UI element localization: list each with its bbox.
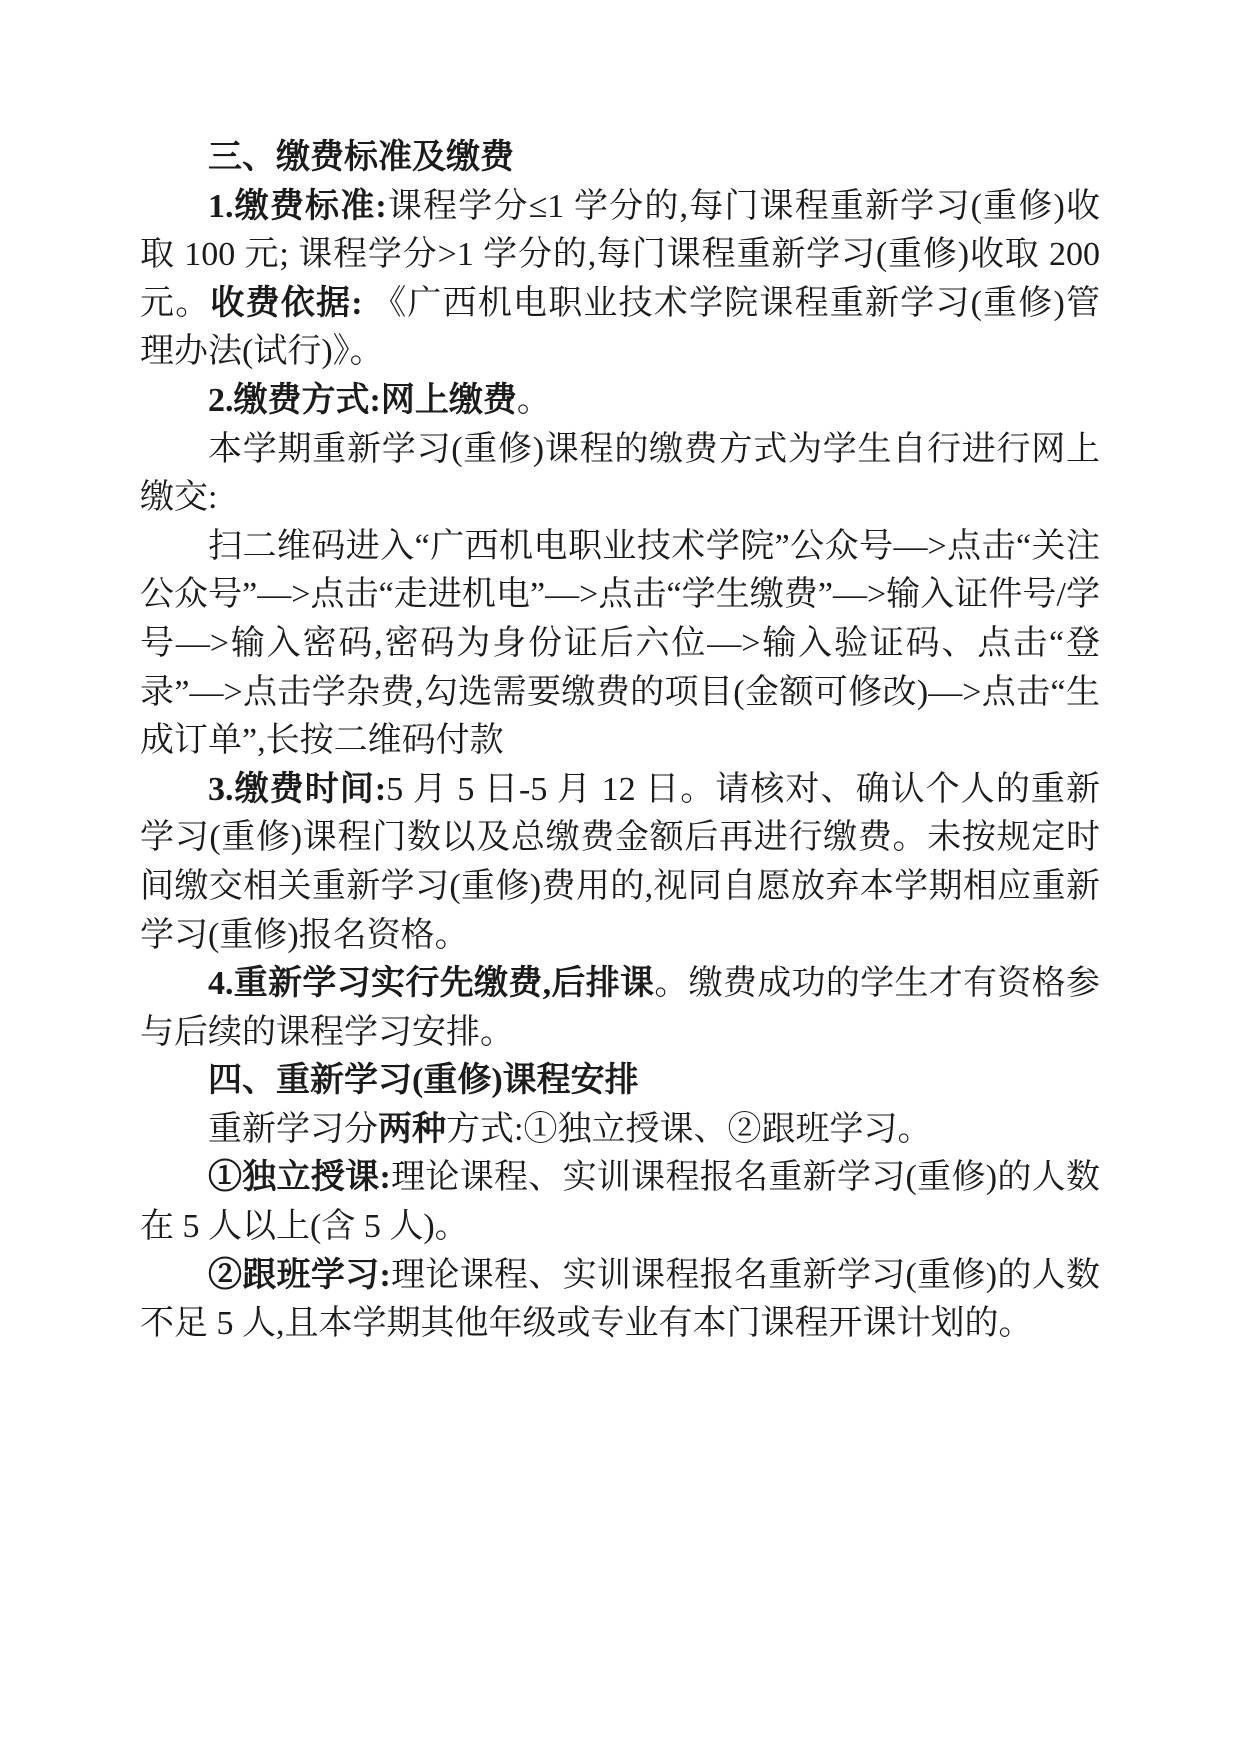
- text-run: 。: [517, 382, 551, 419]
- text-run: 方式:①独立授课、②跟班学习。: [446, 1111, 931, 1148]
- text-run: 3.缴费时间:: [208, 771, 386, 808]
- text-run: 重新学习分: [208, 1111, 378, 1148]
- para-two-modes: 重新学习分两种方式:①独立授课、②跟班学习。: [140, 1106, 1100, 1155]
- section-3-heading: 三、缴费标准及缴费: [140, 134, 1100, 183]
- document-page: 三、缴费标准及缴费1.缴费标准:课程学分≤1 学分的,每门课程重新学习(重修)收…: [0, 0, 1240, 1753]
- text-run: ①独立授课:: [208, 1159, 391, 1196]
- text-run: 1.缴费标准:: [208, 188, 387, 225]
- text-run: 收费依据:: [210, 285, 362, 322]
- para-payment-steps: 扫二维码进入“广西机电职业技术学院”公众号—>点击“关注公众号”—>点击“走进机…: [140, 523, 1100, 766]
- text-run: 三、缴费标准及缴费: [208, 139, 514, 176]
- text-run: 2.缴费方式:网上缴费: [208, 382, 517, 419]
- para-payment-standard: 1.缴费标准:课程学分≤1 学分的,每门课程重新学习(重修)收取 100 元; …: [140, 183, 1100, 377]
- para-mode-follow-class: ②跟班学习:理论课程、实训课程报名重新学习(重修)的人数不足 5 人,且本学期其…: [140, 1252, 1100, 1349]
- para-pay-first-then-schedule: 4.重新学习实行先缴费,后排课。缴费成功的学生才有资格参与后续的课程学习安排。: [140, 960, 1100, 1057]
- para-payment-time: 3.缴费时间:5 月 5 日-5 月 12 日。请核对、确认个人的重新学习(重修…: [140, 766, 1100, 960]
- section-4-heading: 四、重新学习(重修)课程安排: [140, 1057, 1100, 1106]
- document-body: 三、缴费标准及缴费1.缴费标准:课程学分≤1 学分的,每门课程重新学习(重修)收…: [140, 134, 1100, 1349]
- text-run: 本学期重新学习(重修)课程的缴费方式为学生自行进行网上缴交:: [140, 431, 1100, 517]
- text-run: 两种: [378, 1111, 446, 1148]
- para-online-payment-intro: 本学期重新学习(重修)课程的缴费方式为学生自行进行网上缴交:: [140, 426, 1100, 523]
- para-payment-method: 2.缴费方式:网上缴费。: [140, 377, 1100, 426]
- text-run: ②跟班学习:: [208, 1257, 391, 1294]
- text-run: 扫二维码进入“广西机电职业技术学院”公众号—>点击“关注公众号”—>点击“走进机…: [140, 528, 1100, 759]
- text-run: 4.重新学习实行先缴费,后排课: [208, 965, 654, 1002]
- text-run: 四、重新学习(重修)课程安排: [208, 1062, 639, 1099]
- para-mode-independent-teaching: ①独立授课:理论课程、实训课程报名重新学习(重修)的人数在 5 人以上(含 5 …: [140, 1154, 1100, 1251]
